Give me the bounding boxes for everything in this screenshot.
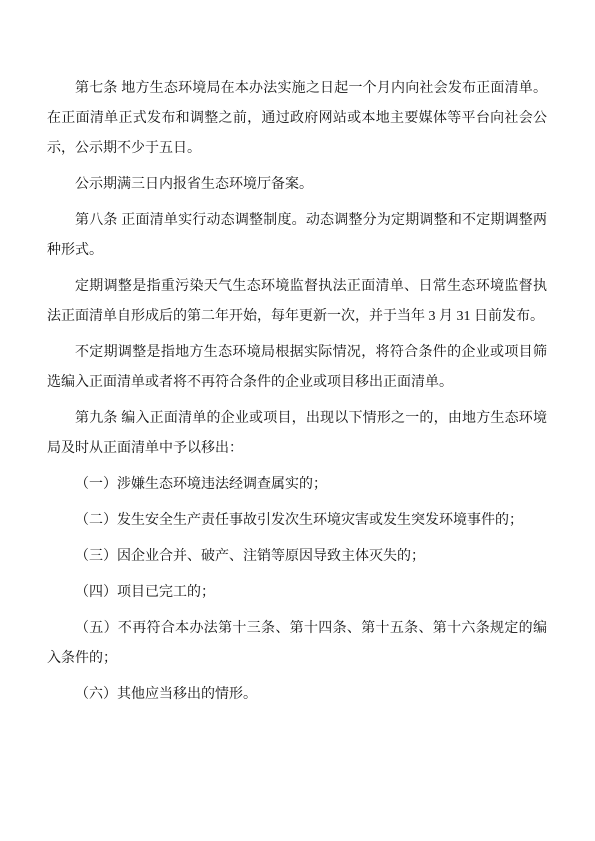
paragraph-article-7: 第七条 地方生态环境局在本办法实施之日起一个月内向社会发布正面清单。在正面清单正… [47, 74, 547, 164]
paragraph-article-9-item-1: （一）涉嫌生态环境违法经调查属实的； [47, 470, 547, 500]
document-body: 第七条 地方生态环境局在本办法实施之日起一个月内向社会发布正面清单。在正面清单正… [47, 74, 547, 710]
paragraph-article-9-item-4: （四）项目已完工的； [47, 578, 547, 608]
paragraph-article-9-item-5: （五）不再符合本办法第十三条、第十四条、第十五条、第十六条规定的编入条件的； [47, 614, 547, 674]
paragraph-article-9-item-3: （三）因企业合并、破产、注销等原因导致主体灭失的； [47, 542, 547, 572]
paragraph-article-8-irregular-adjustment: 不定期调整是指地方生态环境局根据实际情况，将符合条件的企业或项目筛选编入正面清单… [47, 338, 547, 398]
paragraph-article-8-regular-adjustment: 定期调整是指重污染天气生态环境监督执法正面清单、日常生态环境监督执法正面清单自形… [47, 272, 547, 332]
paragraph-article-9-item-2: （二）发生安全生产责任事故引发次生环境灾害或发生突发环境事件的； [47, 506, 547, 536]
paragraph-article-7-filing: 公示期满三日内报省生态环境厅备案。 [47, 170, 547, 200]
document-page: 第七条 地方生态环境局在本办法实施之日起一个月内向社会发布正面清单。在正面清单正… [0, 0, 595, 841]
paragraph-article-9-item-6: （六）其他应当移出的情形。 [47, 680, 547, 710]
paragraph-article-9: 第九条 编入正面清单的企业或项目，出现以下情形之一的，由地方生态环境局及时从正面… [47, 404, 547, 464]
paragraph-article-8: 第八条 正面清单实行动态调整制度。动态调整分为定期调整和不定期调整两种形式。 [47, 206, 547, 266]
